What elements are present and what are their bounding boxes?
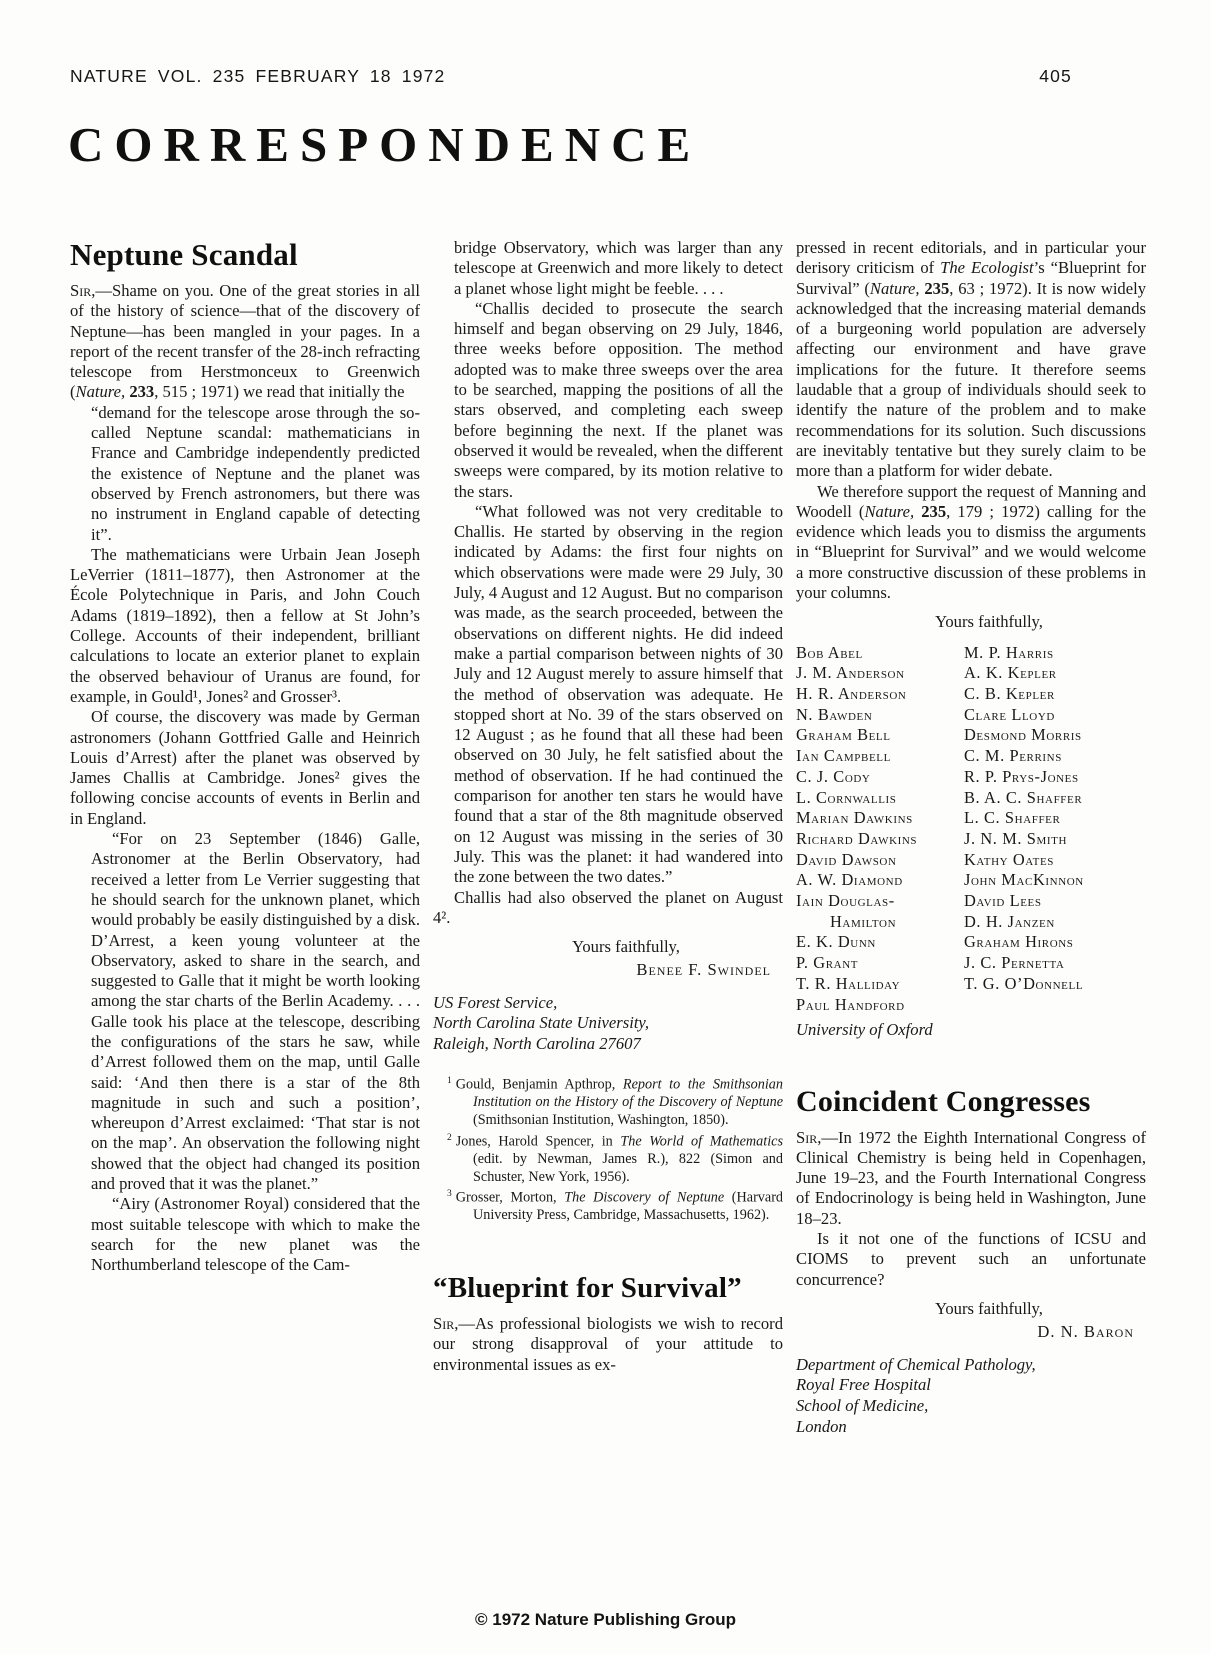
signatory-name: David Lees — [964, 891, 1146, 912]
body-text: , 63 ; 1972). It is now widely acknowled… — [796, 279, 1146, 481]
section-title: CORRESPONDENCE — [68, 120, 701, 169]
reference-2: 2Jones, Harold Spencer, in The World of … — [433, 1130, 783, 1187]
page-number: 405 — [1039, 66, 1072, 87]
signatory-name: J. M. Anderson — [796, 663, 964, 684]
volume-number: 235 — [921, 502, 946, 521]
reference-text: (Smithsonian Institution, Washington, 18… — [473, 1112, 729, 1128]
signatory-name: P. Grant — [796, 953, 964, 974]
magazine-name-italic: The Ecologist — [940, 258, 1034, 277]
signatory-name: L. Cornwallis — [796, 788, 964, 809]
signatory-name: David Dawson — [796, 850, 964, 871]
neptune-address: US Forest Service, North Carolina State … — [433, 993, 783, 1055]
signatory-name: Clare Lloyd — [964, 705, 1146, 726]
signatory-name: D. H. Janzen — [964, 912, 1146, 933]
address-line: Department of Chemical Pathology, — [796, 1355, 1146, 1376]
signatory-name: Bob Abel — [796, 643, 964, 664]
signatory-name: B. A. C. Shaffer — [964, 788, 1146, 809]
journal-name-italic: Nature, — [870, 279, 924, 298]
reference-title-italic: The World of Mathematics — [620, 1133, 783, 1149]
neptune-quote-airy-continued: bridge Observatory, which was larger tha… — [454, 238, 783, 299]
neptune-letter-title: Neptune Scandal — [70, 238, 420, 272]
signatory-name: A. K. Kepler — [964, 663, 1146, 684]
neptune-paragraph-discovery: Of course, the discovery was made by Ger… — [70, 707, 420, 829]
reference-number: 2 — [447, 1133, 452, 1143]
journal-name-italic: Nature, — [864, 502, 921, 521]
reference-text: Grosser, Morton, — [456, 1190, 564, 1206]
journal-page: NATURE VOL. 235 FEBRUARY 18 1972 405 COR… — [0, 0, 1211, 1654]
signatory-name: Hamilton — [796, 912, 964, 933]
blueprint-letter-title: “Blueprint for Survival” — [433, 1271, 783, 1305]
neptune-quote-airy: “Airy (Astronomer Royal) considered that… — [91, 1194, 420, 1275]
coincident-opening-paragraph: Sir,—In 1972 the Eighth International Co… — [796, 1128, 1146, 1229]
column-3: pressed in recent editorials, and in par… — [796, 238, 1146, 1438]
signatory-name: N. Bawden — [796, 705, 964, 726]
signatory-name: Ian Campbell — [796, 746, 964, 767]
reference-3: 3Grosser, Morton, The Discovery of Neptu… — [433, 1186, 783, 1225]
column-1: Neptune Scandal Sir,—Shame on you. One o… — [70, 238, 420, 1438]
reference-text: (edit. by Newman, James R.), 822 (Simon … — [473, 1151, 783, 1185]
signatory-name: L. C. Shaffer — [964, 808, 1146, 829]
signatories-list: Bob AbelM. P. Harris J. M. AndersonA. K.… — [796, 643, 1146, 1016]
signatory-name: J. N. M. Smith — [964, 829, 1146, 850]
coincident-paragraph-2: Is it not one of the functions of ICSU a… — [796, 1229, 1146, 1290]
neptune-paragraph-mathematicians: The mathematicians were Urbain Jean Jose… — [70, 545, 420, 707]
signatory-name: A. W. Diamond — [796, 870, 964, 891]
blueprint-valediction: Yours faithfully, — [796, 612, 1146, 632]
coincident-valediction: Yours faithfully, — [796, 1299, 1146, 1319]
reference-text: Gould, Benjamin Apthrop, — [456, 1077, 623, 1093]
volume-number: 235 — [924, 279, 949, 298]
signatory-name: Graham Bell — [796, 725, 964, 746]
signatory-name: Kathy Oates — [964, 850, 1146, 871]
address-line: North Carolina State University, — [433, 1013, 783, 1034]
signatory-name — [964, 995, 1146, 1016]
neptune-references: 1Gould, Benjamin Apthrop, Report to the … — [433, 1073, 783, 1225]
column-2: bridge Observatory, which was larger tha… — [433, 238, 783, 1438]
signatory-name: John MacKinnon — [964, 870, 1146, 891]
signatory-name: C. B. Kepler — [964, 684, 1146, 705]
neptune-quote-demand: “demand for the telescope arose through … — [91, 403, 420, 545]
signatory-name: R. P. Prys-Jones — [964, 767, 1146, 788]
coincident-signature: D. N. Baron — [796, 1322, 1146, 1342]
volume-number: 233 — [129, 382, 154, 401]
address-line: London — [796, 1417, 1146, 1438]
salutation: Sir, — [433, 1314, 458, 1333]
address-line: Raleigh, North Carolina 27607 — [433, 1034, 783, 1055]
neptune-valediction: Yours faithfully, — [433, 937, 783, 957]
neptune-paragraph-august: Challis had also observed the planet on … — [433, 888, 783, 929]
body-text: —As professional biologists we wish to r… — [433, 1314, 783, 1374]
neptune-signature: Benee F. Swindel — [433, 960, 783, 980]
signatory-name: E. K. Dunn — [796, 932, 964, 953]
reference-number: 3 — [447, 1189, 452, 1199]
blueprint-paragraph-1: pressed in recent editorials, and in par… — [796, 238, 1146, 482]
blueprint-paragraph-2: We therefore support the request of Mann… — [796, 482, 1146, 604]
signatory-name: Desmond Morris — [964, 725, 1146, 746]
salutation: Sir, — [796, 1128, 821, 1147]
blueprint-affiliation: University of Oxford — [796, 1020, 1146, 1040]
coincident-letter-title: Coincident Congresses — [796, 1085, 1146, 1119]
coincident-address: Department of Chemical Pathology, Royal … — [796, 1355, 1146, 1438]
neptune-opening-paragraph: Sir,—Shame on you. One of the great stor… — [70, 281, 420, 403]
reference-title-italic: The Discovery of Neptune — [564, 1190, 724, 1206]
journal-masthead-line: NATURE VOL. 235 FEBRUARY 18 1972 — [70, 66, 446, 87]
signatory-name: Marian Dawkins — [796, 808, 964, 829]
neptune-quote-galle: “For on 23 September (1846) Galle, Astro… — [91, 829, 420, 1194]
signatory-name: Richard Dawkins — [796, 829, 964, 850]
neptune-quote-what-followed: “What followed was not very creditable t… — [454, 502, 783, 888]
signatory-name: T. G. O’Donnell — [964, 974, 1146, 995]
blueprint-opening-paragraph: Sir,—As professional biologists we wish … — [433, 1314, 783, 1375]
three-column-layout: Neptune Scandal Sir,—Shame on you. One o… — [70, 238, 1146, 1438]
signatory-name: Iain Douglas- — [796, 891, 964, 912]
signatory-name: H. R. Anderson — [796, 684, 964, 705]
journal-name-italic: Nature, — [76, 382, 130, 401]
address-line: Royal Free Hospital — [796, 1375, 1146, 1396]
reference-1: 1Gould, Benjamin Apthrop, Report to the … — [433, 1073, 783, 1130]
copyright-footer: © 1972 Nature Publishing Group — [0, 1610, 1211, 1630]
address-line: US Forest Service, — [433, 993, 783, 1014]
signatory-name: J. C. Pernetta — [964, 953, 1146, 974]
signatory-name: Paul Handford — [796, 995, 964, 1016]
reference-number: 1 — [447, 1076, 452, 1086]
salutation: Sir, — [70, 281, 95, 300]
signatory-name: T. R. Halliday — [796, 974, 964, 995]
signatory-name: C. M. Perrins — [964, 746, 1146, 767]
page-header: NATURE VOL. 235 FEBRUARY 18 1972 405 — [70, 66, 1072, 87]
signatory-name: M. P. Harris — [964, 643, 1146, 664]
address-line: School of Medicine, — [796, 1396, 1146, 1417]
body-text: , 515 ; 1971) we read that initially the — [154, 382, 404, 401]
signatory-name: Graham Hirons — [964, 932, 1146, 953]
body-text: —In 1972 the Eighth International Congre… — [796, 1128, 1146, 1228]
neptune-quote-challis: “Challis decided to prosecute the search… — [454, 299, 783, 502]
signatory-name: C. J. Cody — [796, 767, 964, 788]
reference-text: Jones, Harold Spencer, in — [456, 1133, 621, 1149]
